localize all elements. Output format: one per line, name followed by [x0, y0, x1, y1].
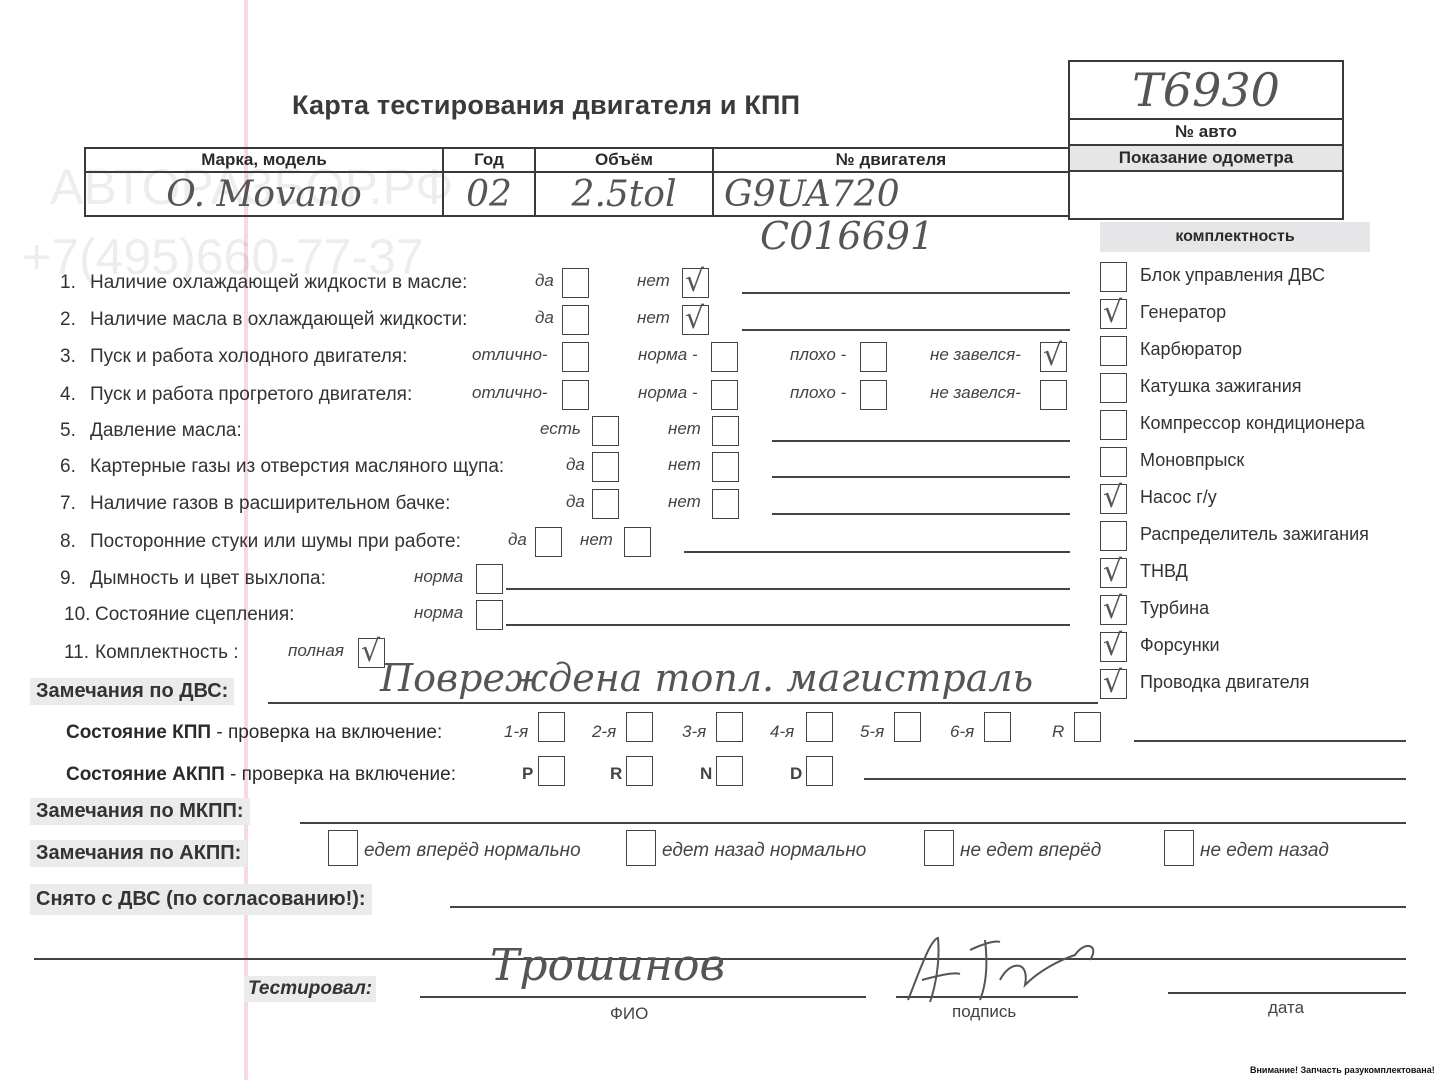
- kit-checkbox[interactable]: [1100, 336, 1127, 366]
- question-4-option-label: норма -: [638, 383, 698, 403]
- kit-item-label: Блок управления ДВС: [1140, 265, 1325, 286]
- question-4-option-label: плохо -: [790, 383, 846, 403]
- question-1-number: 1.: [60, 272, 76, 294]
- kit-header: комплектность: [1100, 222, 1370, 252]
- question-7-text: Наличие газов в расширительном бачке:: [90, 493, 450, 515]
- footer-note: Внимание! Запчасть разукомплектована!: [1250, 1065, 1435, 1075]
- date-caption: дата: [1268, 998, 1304, 1018]
- question-4-checkbox[interactable]: [562, 380, 589, 410]
- kit-checkbox[interactable]: [1100, 262, 1127, 292]
- engine-remarks-line: [268, 702, 1098, 704]
- signature-caption: подпись: [952, 1002, 1016, 1022]
- question-9-checkbox[interactable]: [476, 564, 503, 594]
- question-6-notes-line[interactable]: [772, 476, 1070, 478]
- col-year: Год: [443, 148, 535, 172]
- removed-label: Снято с ДВС (по согласованию!):: [30, 884, 372, 915]
- question-4-option-label: не завелся-: [930, 383, 1021, 403]
- kpp-label-rest: - проверка на включение:: [211, 722, 442, 743]
- akpp-remark-label: не едет вперёд: [960, 840, 1101, 862]
- question-2-checkbox[interactable]: [682, 305, 709, 335]
- kit-item-label: Форсунки: [1140, 635, 1220, 656]
- question-5-checkbox[interactable]: [712, 416, 739, 446]
- question-11-text: Комплектность :: [95, 642, 239, 664]
- akpp-gear-label: D: [790, 764, 802, 784]
- engine-no-value[interactable]: G9UA720: [724, 174, 900, 215]
- kpp-gear-checkbox[interactable]: [806, 712, 833, 742]
- question-9-notes-line[interactable]: [506, 588, 1070, 590]
- page-title: Карта тестирования двигателя и КПП: [292, 90, 800, 121]
- question-1-option-label: нет: [637, 271, 670, 291]
- question-6-checkbox[interactable]: [592, 452, 619, 482]
- akpp-remark-checkbox[interactable]: [626, 830, 656, 866]
- question-3-text: Пуск и работа холодного двигателя:: [90, 346, 407, 368]
- question-5-checkbox[interactable]: [592, 416, 619, 446]
- fio-line: [420, 996, 866, 998]
- question-5-option-label: есть: [540, 419, 581, 439]
- akpp-label-bold: Состояние АКПП: [66, 764, 225, 785]
- question-5-text: Давление масла:: [90, 420, 242, 442]
- question-4-number: 4.: [60, 384, 76, 406]
- kpp-gear-checkbox[interactable]: [538, 712, 565, 742]
- question-10-notes-line[interactable]: [506, 624, 1070, 626]
- question-4-checkbox[interactable]: [860, 380, 887, 410]
- question-3-option-label: норма -: [638, 345, 698, 365]
- kit-checkbox[interactable]: [1100, 447, 1127, 477]
- fio-caption: ФИО: [610, 1004, 648, 1024]
- akpp-remark-checkbox[interactable]: [924, 830, 954, 866]
- akpp-label: Состояние АКПП - проверка на включение:: [66, 764, 456, 786]
- question-4-text: Пуск и работа прогретого двигателя:: [90, 384, 412, 406]
- kit-checkbox[interactable]: [1100, 373, 1127, 403]
- kit-checkbox[interactable]: [1100, 632, 1127, 662]
- kit-item-label: Моновпрыск: [1140, 450, 1244, 471]
- mkpp-remarks-line[interactable]: [300, 822, 1406, 824]
- auto-box: T6930 № авто Показание одометра: [1068, 60, 1344, 220]
- akpp-remark-checkbox[interactable]: [1164, 830, 1194, 866]
- question-3-option-label: отлично-: [472, 345, 548, 365]
- vehicle-info-table: Марка, модель Год Объём № двигателя O. M…: [84, 147, 1070, 217]
- removed-line[interactable]: [450, 906, 1406, 908]
- akpp-gear-checkbox[interactable]: [626, 756, 653, 786]
- akpp-remark-label: едет назад нормально: [662, 840, 866, 862]
- question-1-notes-line[interactable]: [742, 292, 1070, 294]
- question-9-text: Дымность и цвет выхлопа:: [90, 568, 326, 590]
- question-5-notes-line[interactable]: [772, 440, 1070, 442]
- question-2-number: 2.: [60, 309, 76, 331]
- question-5-number: 5.: [60, 420, 76, 442]
- kit-item-label: Катушка зажигания: [1140, 376, 1302, 397]
- kpp-line: [1134, 740, 1406, 742]
- question-8-option-label: да: [508, 530, 527, 550]
- kpp-gear-checkbox[interactable]: [716, 712, 743, 742]
- question-3-option-label: не завелся-: [930, 345, 1021, 365]
- kpp-gear-label: 6-я: [950, 722, 974, 742]
- fio-value[interactable]: Трошинов: [490, 940, 725, 991]
- kit-checkbox[interactable]: [1100, 558, 1127, 588]
- kit-checkbox[interactable]: [1100, 410, 1127, 440]
- question-11-option-label: полная: [288, 641, 344, 661]
- kit-item-label: Насос г/у: [1140, 487, 1217, 508]
- kpp-label-bold: Состояние КПП: [66, 722, 211, 743]
- question-4-checkbox[interactable]: [1040, 380, 1067, 410]
- question-6-number: 6.: [60, 456, 76, 478]
- question-1-checkbox[interactable]: [682, 268, 709, 298]
- kpp-gear-label: 3-я: [682, 722, 706, 742]
- akpp-remark-label: не едет назад: [1200, 840, 1329, 862]
- question-9-option-label: норма: [414, 567, 463, 587]
- question-3-checkbox[interactable]: [1040, 342, 1067, 372]
- question-2-notes-line[interactable]: [742, 329, 1070, 331]
- question-3-checkbox[interactable]: [711, 342, 738, 372]
- kpp-label: Состояние КПП - проверка на включение:: [66, 722, 442, 744]
- question-7-option-label: нет: [668, 492, 701, 512]
- year-value[interactable]: 02: [466, 174, 512, 215]
- odometer-value[interactable]: [1070, 172, 1342, 218]
- question-6-text: Картерные газы из отверстия масляного щу…: [90, 456, 504, 478]
- question-2-checkbox[interactable]: [562, 305, 589, 335]
- akpp-gear-checkbox[interactable]: [538, 756, 565, 786]
- akpp-label-rest: - проверка на включение:: [225, 764, 456, 785]
- question-3-option-label: плохо -: [790, 345, 846, 365]
- akpp-remark-checkbox[interactable]: [328, 830, 358, 866]
- question-10-number: 10.: [64, 604, 90, 626]
- engine-remarks-value[interactable]: Повреждена топл. магистраль: [380, 656, 1033, 700]
- question-3-checkbox[interactable]: [860, 342, 887, 372]
- auto-number-label: № авто: [1070, 120, 1342, 146]
- question-2-option-label: нет: [637, 308, 670, 328]
- question-8-text: Посторонние стуки или шумы при работе:: [90, 531, 461, 553]
- akpp-gear-label: P: [522, 764, 533, 784]
- date-line[interactable]: [1168, 992, 1406, 994]
- question-1-checkbox[interactable]: [562, 268, 589, 298]
- question-8-notes-line[interactable]: [684, 551, 1070, 553]
- question-7-checkbox[interactable]: [712, 489, 739, 519]
- kit-item-label: Распределитель зажигания: [1140, 524, 1369, 545]
- col-volume: Объём: [535, 148, 713, 172]
- question-6-option-label: нет: [668, 455, 701, 475]
- akpp-gear-label: N: [700, 764, 712, 784]
- question-7-checkbox[interactable]: [592, 489, 619, 519]
- question-6-checkbox[interactable]: [712, 452, 739, 482]
- kpp-gear-label: R: [1052, 722, 1064, 742]
- kpp-gear-label: 4-я: [770, 722, 794, 742]
- engine-no-value-2[interactable]: C016691: [760, 214, 934, 258]
- col-model: Марка, модель: [85, 148, 443, 172]
- kit-checkbox[interactable]: [1100, 669, 1127, 699]
- kit-item-label: Проводка двигателя: [1140, 672, 1309, 693]
- question-4-option-label: отлично-: [472, 383, 548, 403]
- kit-checkbox[interactable]: [1100, 299, 1127, 329]
- auto-number-value[interactable]: T6930: [1132, 63, 1280, 117]
- kit-item-label: ТНВД: [1140, 561, 1188, 582]
- question-10-option-label: норма: [414, 603, 463, 623]
- question-4-checkbox[interactable]: [711, 380, 738, 410]
- odometer-label: Показание одометра: [1070, 146, 1342, 172]
- question-3-number: 3.: [60, 346, 76, 368]
- tested-label: Тестировал:: [244, 976, 376, 1002]
- signature-image: [900, 930, 1110, 1010]
- kit-checkbox[interactable]: [1100, 521, 1127, 551]
- question-10-checkbox[interactable]: [476, 600, 503, 630]
- kpp-gear-label: 2-я: [592, 722, 616, 742]
- model-value[interactable]: O. Movano: [166, 174, 362, 215]
- kpp-gear-checkbox[interactable]: [626, 712, 653, 742]
- question-10-text: Состояние сцепления:: [95, 604, 294, 626]
- akpp-remark-label: едет вперёд нормально: [364, 840, 581, 862]
- question-8-option-label: нет: [580, 530, 613, 550]
- kit-item-label: Турбина: [1140, 598, 1209, 619]
- question-1-option-label: да: [535, 271, 554, 291]
- kpp-gear-checkbox[interactable]: [1074, 712, 1101, 742]
- volume-value[interactable]: 2.5tol: [572, 174, 677, 215]
- question-6-option-label: да: [566, 455, 585, 475]
- kit-item-label: Генератор: [1140, 302, 1226, 323]
- question-7-number: 7.: [60, 493, 76, 515]
- question-5-option-label: нет: [668, 419, 701, 439]
- question-7-option-label: да: [566, 492, 585, 512]
- question-7-notes-line[interactable]: [772, 513, 1070, 515]
- question-2-text: Наличие масла в охлаждающей жидкости:: [90, 309, 467, 331]
- akpp-line: [864, 778, 1406, 780]
- kpp-gear-label: 1-я: [504, 722, 528, 742]
- question-9-number: 9.: [60, 568, 76, 590]
- kit-item-label: Компрессор кондиционера: [1140, 413, 1365, 434]
- kit-item-label: Карбюратор: [1140, 339, 1242, 360]
- kpp-gear-label: 5-я: [860, 722, 884, 742]
- question-2-option-label: да: [535, 308, 554, 328]
- question-8-number: 8.: [60, 531, 76, 553]
- question-11-number: 11.: [64, 642, 89, 664]
- akpp-remarks-label: Замечания по АКПП:: [30, 840, 247, 867]
- akpp-gear-checkbox[interactable]: [716, 756, 743, 786]
- col-engine-no: № двигателя: [713, 148, 1069, 172]
- kit-checkbox[interactable]: [1100, 484, 1127, 514]
- kpp-gear-checkbox[interactable]: [894, 712, 921, 742]
- engine-remarks-label: Замечания по ДВС:: [30, 678, 234, 705]
- question-1-text: Наличие охлаждающей жидкости в масле:: [90, 272, 467, 294]
- mkpp-remarks-label: Замечания по МКПП:: [30, 798, 250, 825]
- question-3-checkbox[interactable]: [562, 342, 589, 372]
- akpp-gear-checkbox[interactable]: [806, 756, 833, 786]
- kpp-gear-checkbox[interactable]: [984, 712, 1011, 742]
- kit-checkbox[interactable]: [1100, 595, 1127, 625]
- akpp-gear-label: R: [610, 764, 622, 784]
- question-8-checkbox[interactable]: [535, 527, 562, 557]
- question-8-checkbox[interactable]: [624, 527, 651, 557]
